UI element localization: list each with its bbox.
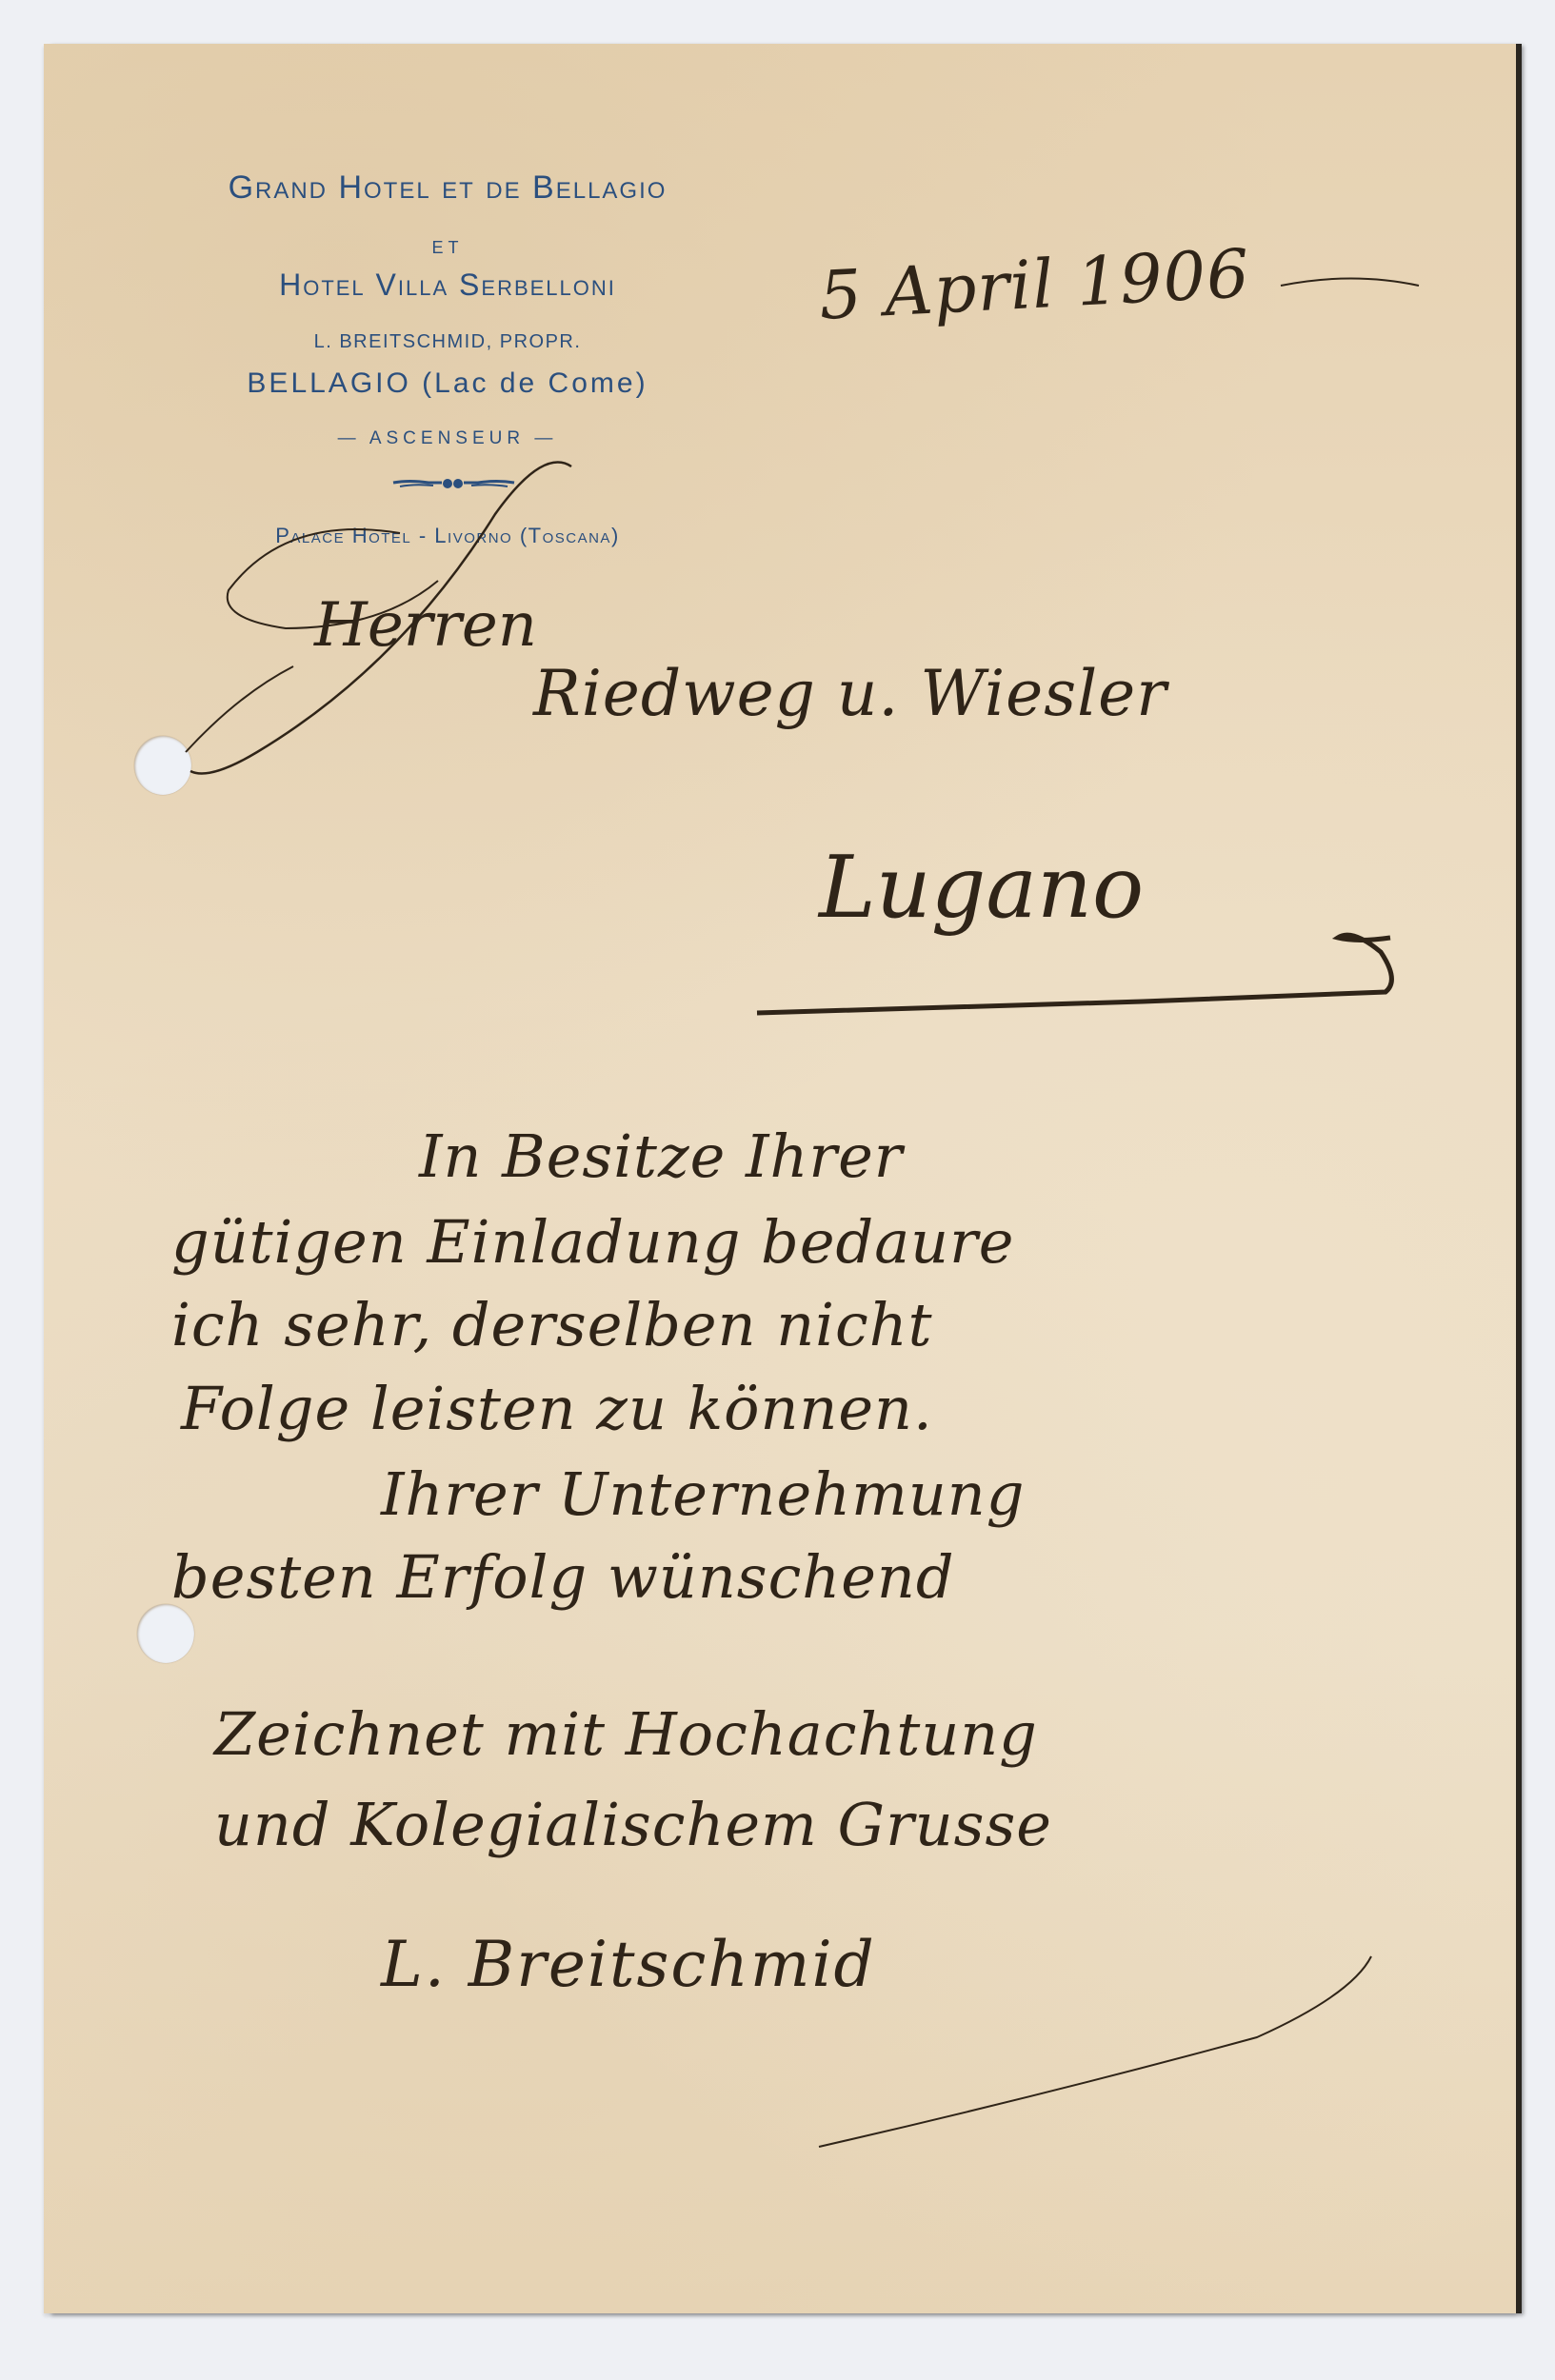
letterhead-affiliate-hotel: Palace Hotel - Livorno (Toscana) (143, 524, 752, 548)
body-line: Ihrer Unternehmung (381, 1459, 1025, 1529)
body-line: Zeichnet mit Hochachtung (214, 1699, 1038, 1769)
salutation: Herren (314, 590, 537, 661)
letterhead-proprietor: L. BREITSCHMID, PROPR. (143, 331, 752, 353)
punch-hole-bottom (137, 1604, 194, 1663)
letterhead-conjunction: ET (143, 238, 752, 258)
body-line: In Besitze Ihrer (419, 1121, 903, 1191)
body-line: ich sehr, derselben nicht (171, 1290, 933, 1359)
body-line: Folge leisten zu können. (181, 1374, 933, 1443)
ornament-flourish-icon (143, 474, 752, 493)
addressee-city: Lugano (819, 838, 1144, 938)
body-line: besten Erfolg wünschend (171, 1542, 955, 1612)
letterhead-second-hotel-name: Hotel Villa Serbelloni (143, 268, 752, 303)
addressee-name: Riedweg u. Wiesler (533, 657, 1167, 730)
letterhead-hotel-name: Grand Hotel et de Bellagio (143, 169, 752, 207)
letterhead-location: BELLAGIO (Lac de Come) (143, 367, 752, 400)
signature: L. Breitschmid (381, 1928, 876, 2001)
body-line: und Kolegialischem Grusse (214, 1790, 1052, 1859)
body-line: gütigen Einladung bedaure (171, 1207, 1014, 1277)
letterhead-amenity: — ASCENSEUR — (143, 428, 752, 449)
punch-hole-top (134, 736, 191, 795)
